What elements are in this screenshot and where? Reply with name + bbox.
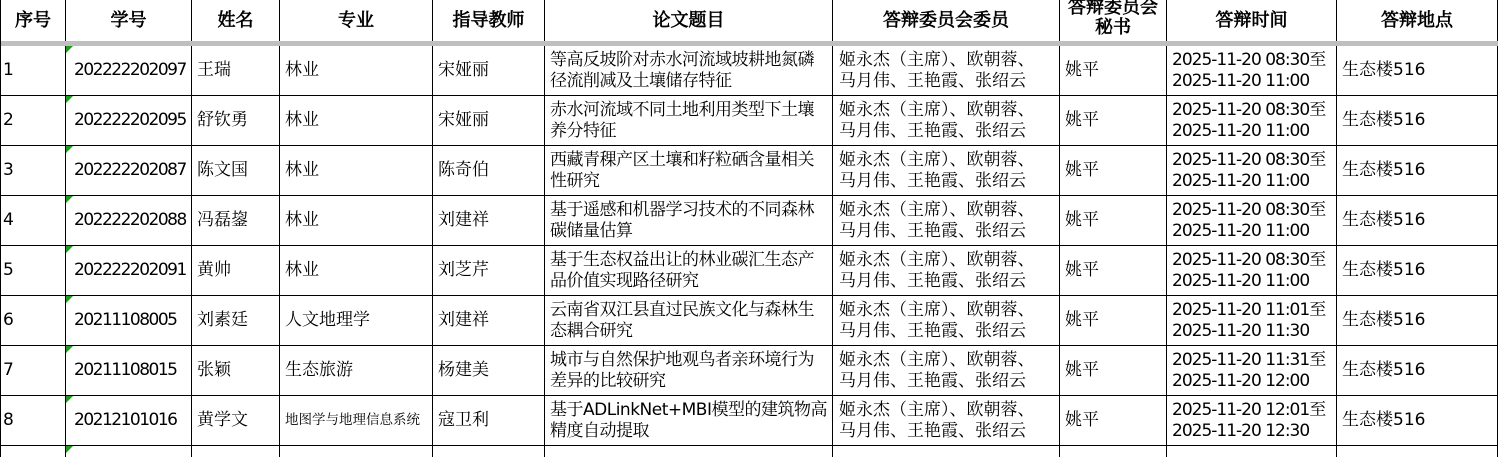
- cell-no-text: 3: [3, 160, 14, 181]
- cell-committee-text: 姬永杰（主席）、欧朝蓉、马月伟、王艳霞、张绍云: [839, 50, 1049, 92]
- cell-defense-location[interactable]: 生态楼516: [1337, 46, 1498, 96]
- text-format-indicator-icon: [66, 296, 73, 303]
- cell-major-text: 林业: [285, 110, 319, 131]
- table-row: 2202222202095舒钦勇林业宋娅丽赤水河流域不同土地利用类型下土壤养分特…: [1, 96, 1498, 146]
- defense-time-line: 2025-11-20 11:00: [1172, 171, 1325, 192]
- cell-major-text: 林业: [285, 210, 319, 231]
- cell-student-id[interactable]: 202222202087: [66, 146, 192, 196]
- cell-secretary-text: 姚平: [1065, 110, 1099, 131]
- cell-thesis-title-text: 等高反坡阶对赤水河流域坡耕地氮磷径流削减及土壤储存特征: [550, 50, 828, 92]
- cell-no[interactable]: 5: [1, 246, 66, 296]
- text-format-indicator-icon: [66, 196, 73, 203]
- cell-defense-time[interactable]: 2025-11-20 11:01至2025-11-20 11:30: [1167, 296, 1337, 346]
- cell-no[interactable]: 3: [1, 146, 66, 196]
- cell-student-id[interactable]: 20211108015: [66, 346, 192, 396]
- cell-thesis-title[interactable]: 赤水河流域不同土地利用类型下土壤养分特征: [545, 96, 833, 146]
- cell-major[interactable]: 人文地理学: [280, 296, 433, 346]
- cell-committee-text: 姬永杰（主席）、欧朝蓉、马月伟、王艳霞、张绍云: [839, 200, 1049, 242]
- cell-no-text: 2: [3, 110, 14, 131]
- cell-name[interactable]: 张颖: [192, 346, 280, 396]
- defense-time-line: 2025-11-20 08:30至: [1172, 100, 1325, 121]
- cell-committee-text: 姬永杰（主席）、欧朝蓉、马月伟、王艳霞、张绍云: [839, 400, 1049, 442]
- cell-no[interactable]: 6: [1, 296, 66, 346]
- cell-secretary-text: 姚平: [1065, 260, 1099, 281]
- text-format-indicator-icon: [66, 146, 73, 153]
- cell-defense-location[interactable]: 生态楼516: [1337, 96, 1498, 146]
- cell-major[interactable]: 地图学与地理信息系统: [280, 396, 433, 446]
- table-row: 620211108005刘素廷人文地理学刘建祥云南省双江县直过民族文化与森林生态…: [1, 296, 1498, 346]
- cell-defense-location[interactable]: 生态楼516: [1337, 146, 1498, 196]
- cell-no[interactable]: 7: [1, 346, 66, 396]
- cell-name[interactable]: 冯磊鋆: [192, 196, 280, 246]
- cell-student-id[interactable]: [66, 446, 192, 457]
- cell-student-id[interactable]: 202222202095: [66, 96, 192, 146]
- cell-name[interactable]: 舒钦勇: [192, 96, 280, 146]
- partial-table-row: [1, 446, 1498, 457]
- cell-name-text: 陈文国: [197, 160, 248, 181]
- cell-major[interactable]: 林业: [280, 246, 433, 296]
- cell-defense-location[interactable]: 生态楼516: [1337, 196, 1498, 246]
- defense-time-line: 2025-11-20 12:30: [1172, 421, 1325, 442]
- cell-secretary-text: 姚平: [1065, 410, 1099, 431]
- cell-advisor[interactable]: 宋娅丽: [433, 96, 545, 146]
- cell-name-text: 黄学文: [197, 410, 248, 431]
- cell-major-text: 林业: [285, 260, 319, 281]
- cell-no[interactable]: 1: [1, 46, 66, 96]
- cell-major[interactable]: 林业: [280, 46, 433, 96]
- header-secretary[interactable]: 答辩委员会秘书: [1060, 0, 1167, 41]
- header-committee[interactable]: 答辩委员会委员: [833, 0, 1060, 41]
- cell-committee[interactable]: 姬永杰（主席）、欧朝蓉、马月伟、王艳霞、张绍云: [833, 96, 1060, 146]
- cell-defense-location-text: 生态楼516: [1342, 160, 1425, 181]
- defense-time-line: 2025-11-20 11:00: [1172, 271, 1325, 292]
- cell-major-text: 林业: [285, 160, 319, 181]
- header-row: 序号 学号 姓名 专业 指导教师 论文题目 答辩委员会委员 答辩委员会秘书 答辩…: [1, 0, 1498, 41]
- cell-defense-time[interactable]: 2025-11-20 12:01至2025-11-20 12:30: [1167, 396, 1337, 446]
- text-format-indicator-icon: [66, 96, 73, 103]
- cell-no-text: 6: [3, 310, 14, 331]
- cell-major-text: 林业: [285, 60, 319, 81]
- defense-time-line: 2025-11-20 08:30至: [1172, 200, 1325, 221]
- spreadsheet-table: 序号 学号 姓名 专业 指导教师 论文题目 答辩委员会委员 答辩委员会秘书 答辩…: [0, 0, 1498, 457]
- text-format-indicator-icon: [66, 346, 73, 353]
- cell-thesis-title[interactable]: 等高反坡阶对赤水河流域坡耕地氮磷径流削减及土壤储存特征: [545, 46, 833, 96]
- cell-major-text: 人文地理学: [285, 310, 370, 331]
- header-defense-time[interactable]: 答辩时间: [1167, 0, 1337, 41]
- cell-student-id[interactable]: 202222202091: [66, 246, 192, 296]
- cell-secretary-text: 姚平: [1065, 60, 1099, 81]
- defense-time-line: 2025-11-20 12:01至: [1172, 400, 1325, 421]
- cell-student-id[interactable]: 20211108005: [66, 296, 192, 346]
- cell-thesis-title-text: 基于遥感和机器学习技术的不同森林碳储量估算: [550, 200, 828, 242]
- cell-secretary[interactable]: 姚平: [1060, 46, 1167, 96]
- defense-time-line: 2025-11-20 11:30: [1172, 321, 1325, 342]
- cell-committee[interactable]: 姬永杰（主席）、欧朝蓉、马月伟、王艳霞、张绍云: [833, 396, 1060, 446]
- cell-committee[interactable]: 姬永杰（主席）、欧朝蓉、马月伟、王艳霞、张绍云: [833, 346, 1060, 396]
- cell-defense-time[interactable]: 2025-11-20 08:30至2025-11-20 11:00: [1167, 96, 1337, 146]
- cell-student-id[interactable]: 202222202088: [66, 196, 192, 246]
- cell-name[interactable]: [192, 446, 280, 457]
- cell-student-id-text: 202222202091: [74, 260, 186, 281]
- cell-thesis-title[interactable]: 基于生态权益出让的林业碳汇生态产品价值实现路径研究: [545, 246, 833, 296]
- cell-name[interactable]: 陈文国: [192, 146, 280, 196]
- cell-secretary[interactable]: 姚平: [1060, 346, 1167, 396]
- cell-advisor-text: 刘建祥: [438, 310, 489, 331]
- cell-thesis-title-text: 城市与自然保护地观鸟者亲环境行为差异的比较研究: [550, 350, 828, 392]
- defense-time-line: 2025-11-20 08:30至: [1172, 150, 1325, 171]
- cell-student-id-text: 20211108005: [74, 310, 176, 331]
- text-format-indicator-icon: [66, 396, 73, 403]
- table-body: 1202222202097王瑞林业宋娅丽等高反坡阶对赤水河流域坡耕地氮磷径流削减…: [1, 46, 1498, 457]
- cell-no[interactable]: [1, 446, 66, 457]
- cell-secretary-text: 姚平: [1065, 160, 1099, 181]
- cell-secretary[interactable]: 姚平: [1060, 396, 1167, 446]
- cell-thesis-title[interactable]: 云南省双江县直过民族文化与森林生态耦合研究: [545, 296, 833, 346]
- header-student-id-label: 学号: [111, 11, 147, 31]
- header-name-label: 姓名: [218, 11, 254, 31]
- text-format-indicator-icon: [66, 446, 73, 453]
- defense-time-line: 2025-11-20 11:00: [1172, 121, 1325, 142]
- cell-secretary[interactable]: 姚平: [1060, 246, 1167, 296]
- cell-name-text: 黄帅: [197, 260, 231, 281]
- cell-secretary-text: 姚平: [1065, 310, 1099, 331]
- cell-student-id-text: 202222202087: [74, 160, 186, 181]
- cell-secretary-text: 姚平: [1065, 360, 1099, 381]
- cell-name-text: 刘素廷: [197, 310, 248, 331]
- cell-committee-text: 姬永杰（主席）、欧朝蓉、马月伟、王艳霞、张绍云: [839, 350, 1049, 392]
- cell-defense-location-text: 生态楼516: [1342, 210, 1425, 231]
- cell-defense-location-text: 生态楼516: [1342, 410, 1425, 431]
- table-row: 3202222202087陈文国林业陈奇伯西藏青稞产区土壤和籽粒硒含量相关性研究…: [1, 146, 1498, 196]
- cell-advisor[interactable]: 宋娅丽: [433, 46, 545, 96]
- table-row: 820212101016黄学文地图学与地理信息系统寇卫利基于ADLinkNet+…: [1, 396, 1498, 446]
- defense-time-line: 2025-11-20 08:30至: [1172, 50, 1325, 71]
- cell-student-id-text: 20211108015: [74, 360, 176, 381]
- cell-no[interactable]: 8: [1, 396, 66, 446]
- cell-major[interactable]: 林业: [280, 146, 433, 196]
- header-thesis-title[interactable]: 论文题目: [545, 0, 833, 41]
- cell-secretary[interactable]: 姚平: [1060, 146, 1167, 196]
- cell-defense-time[interactable]: 2025-11-20 08:30至2025-11-20 11:00: [1167, 46, 1337, 96]
- cell-secretary[interactable]: 姚平: [1060, 296, 1167, 346]
- cell-major-text: 生态旅游: [285, 360, 353, 381]
- cell-major[interactable]: 林业: [280, 196, 433, 246]
- cell-name[interactable]: 黄学文: [192, 396, 280, 446]
- cell-defense-location-text: 生态楼516: [1342, 60, 1425, 81]
- cell-no-text: 5: [3, 260, 14, 281]
- cell-student-id-text: 202222202097: [74, 60, 186, 81]
- cell-thesis-title[interactable]: 西藏青稞产区土壤和籽粒硒含量相关性研究: [545, 146, 833, 196]
- cell-advisor[interactable]: 杨建美: [433, 346, 545, 396]
- cell-thesis-title[interactable]: 城市与自然保护地观鸟者亲环境行为差异的比较研究: [545, 346, 833, 396]
- defense-time-line: 2025-11-20 12:00: [1172, 371, 1325, 392]
- defense-time-line: 2025-11-20 11:01至: [1172, 300, 1325, 321]
- cell-defense-time[interactable]: 2025-11-20 08:30至2025-11-20 11:00: [1167, 196, 1337, 246]
- cell-advisor-text: 刘芝芹: [438, 260, 489, 281]
- cell-defense-time[interactable]: 2025-11-20 08:30至2025-11-20 11:00: [1167, 246, 1337, 296]
- table-row: 5202222202091黄帅林业刘芝芹基于生态权益出让的林业碳汇生态产品价值实…: [1, 246, 1498, 296]
- cell-secretary-text: 姚平: [1065, 210, 1099, 231]
- header-major[interactable]: 专业: [280, 0, 433, 41]
- header-defense-location[interactable]: 答辩地点: [1337, 0, 1498, 41]
- cell-advisor-text: 宋娅丽: [438, 60, 489, 81]
- table-row: 4202222202088冯磊鋆林业刘建祥基于遥感和机器学习技术的不同森林碳储量…: [1, 196, 1498, 246]
- cell-advisor-text: 杨建美: [438, 360, 489, 381]
- header-student-id[interactable]: 学号: [66, 0, 192, 41]
- cell-secretary[interactable]: 姚平: [1060, 196, 1167, 246]
- cell-defense-location[interactable]: [1337, 446, 1498, 457]
- cell-thesis-title-text: 赤水河流域不同土地利用类型下土壤养分特征: [550, 100, 828, 142]
- cell-committee[interactable]: 姬永杰（主席）、欧朝蓉、马月伟、王艳霞、张绍云: [833, 296, 1060, 346]
- header-advisor-label: 指导教师: [453, 11, 525, 31]
- cell-no-text: 4: [3, 210, 14, 231]
- cell-advisor[interactable]: 刘建祥: [433, 196, 545, 246]
- cell-secretary[interactable]: 姚平: [1060, 96, 1167, 146]
- cell-committee[interactable]: 姬永杰（主席）、欧朝蓉、马月伟、王艳霞、张绍云: [833, 146, 1060, 196]
- defense-time-line: 2025-11-20 11:00: [1172, 221, 1325, 242]
- cell-committee[interactable]: [833, 446, 1060, 457]
- cell-no-text: 1: [3, 60, 14, 81]
- cell-name[interactable]: 王瑞: [192, 46, 280, 96]
- cell-name[interactable]: 刘素廷: [192, 296, 280, 346]
- cell-committee-text: 姬永杰（主席）、欧朝蓉、马月伟、王艳霞、张绍云: [839, 100, 1049, 142]
- cell-thesis-title-text: 云南省双江县直过民族文化与森林生态耦合研究: [550, 300, 828, 342]
- cell-defense-time[interactable]: 2025-11-20 11:31至2025-11-20 12:00: [1167, 346, 1337, 396]
- cell-student-id-text: 20212101016: [74, 410, 176, 431]
- cell-committee-text: 姬永杰（主席）、欧朝蓉、马月伟、王艳霞、张绍云: [839, 300, 1049, 342]
- cell-thesis-title[interactable]: 基于ADLinkNet+MBI模型的建筑物高精度自动提取: [545, 396, 833, 446]
- text-format-indicator-icon: [66, 46, 73, 53]
- cell-defense-location-text: 生态楼516: [1342, 260, 1425, 281]
- cell-advisor[interactable]: 刘芝芹: [433, 246, 545, 296]
- defense-time-line: 2025-11-20 11:00: [1172, 71, 1325, 92]
- cell-committee[interactable]: 姬永杰（主席）、欧朝蓉、马月伟、王艳霞、张绍云: [833, 196, 1060, 246]
- cell-thesis-title[interactable]: 基于遥感和机器学习技术的不同森林碳储量估算: [545, 196, 833, 246]
- cell-name-text: 舒钦勇: [197, 110, 248, 131]
- header-major-label: 专业: [338, 11, 374, 31]
- cell-no-text: 7: [3, 360, 14, 381]
- cell-student-id-text: 202222202088: [74, 210, 186, 231]
- cell-major[interactable]: 生态旅游: [280, 346, 433, 396]
- cell-name-text: 张颖: [197, 360, 231, 381]
- cell-student-id[interactable]: 202222202097: [66, 46, 192, 96]
- header-defense-location-label: 答辩地点: [1381, 11, 1453, 31]
- header-advisor[interactable]: 指导教师: [433, 0, 545, 41]
- cell-defense-location[interactable]: 生态楼516: [1337, 346, 1498, 396]
- text-format-indicator-icon: [66, 246, 73, 253]
- cell-student-id[interactable]: 20212101016: [66, 396, 192, 446]
- cell-secretary[interactable]: [1060, 446, 1167, 457]
- cell-defense-location-text: 生态楼516: [1342, 310, 1425, 331]
- cell-defense-location[interactable]: 生态楼516: [1337, 246, 1498, 296]
- cell-advisor[interactable]: 刘建祥: [433, 296, 545, 346]
- cell-name-text: 王瑞: [197, 60, 231, 81]
- cell-committee-text: 姬永杰（主席）、欧朝蓉、马月伟、王艳霞、张绍云: [839, 150, 1049, 192]
- cell-committee-text: 姬永杰（主席）、欧朝蓉、马月伟、王艳霞、张绍云: [839, 250, 1049, 292]
- cell-name[interactable]: 黄帅: [192, 246, 280, 296]
- cell-defense-location[interactable]: 生态楼516: [1337, 296, 1498, 346]
- cell-thesis-title-text: 西藏青稞产区土壤和籽粒硒含量相关性研究: [550, 150, 828, 192]
- cell-major-text: 地图学与地理信息系统: [285, 410, 420, 431]
- cell-defense-time[interactable]: 2025-11-20 08:30至2025-11-20 11:00: [1167, 146, 1337, 196]
- header-committee-label: 答辩委员会委员: [883, 11, 1009, 31]
- header-secretary-label: 答辩委员会秘书: [1060, 0, 1166, 38]
- header-no[interactable]: 序号: [1, 0, 66, 41]
- cell-advisor[interactable]: 寇卫利: [433, 396, 545, 446]
- cell-advisor[interactable]: 陈奇伯: [433, 146, 545, 196]
- cell-defense-time[interactable]: [1167, 446, 1337, 457]
- cell-defense-location[interactable]: 生态楼516: [1337, 396, 1498, 446]
- cell-thesis-title[interactable]: [545, 446, 833, 457]
- cell-advisor-text: 宋娅丽: [438, 110, 489, 131]
- cell-no-text: 8: [3, 410, 14, 431]
- cell-advisor[interactable]: [433, 446, 545, 457]
- table-row: 1202222202097王瑞林业宋娅丽等高反坡阶对赤水河流域坡耕地氮磷径流削减…: [1, 46, 1498, 96]
- cell-advisor-text: 寇卫利: [438, 410, 489, 431]
- cell-defense-location-text: 生态楼516: [1342, 110, 1425, 131]
- cell-no[interactable]: 2: [1, 96, 66, 146]
- cell-major[interactable]: [280, 446, 433, 457]
- cell-name-text: 冯磊鋆: [197, 210, 248, 231]
- header-name[interactable]: 姓名: [192, 0, 280, 41]
- cell-no[interactable]: 4: [1, 196, 66, 246]
- cell-advisor-text: 刘建祥: [438, 210, 489, 231]
- table-row: 720211108015张颖生态旅游杨建美城市与自然保护地观鸟者亲环境行为差异的…: [1, 346, 1498, 396]
- header-no-label: 序号: [15, 11, 51, 31]
- cell-defense-location-text: 生态楼516: [1342, 360, 1425, 381]
- header-thesis-title-label: 论文题目: [653, 11, 725, 31]
- header-defense-time-label: 答辩时间: [1216, 11, 1288, 31]
- cell-advisor-text: 陈奇伯: [438, 160, 489, 181]
- defense-time-line: 2025-11-20 11:31至: [1172, 350, 1325, 371]
- defense-time-line: 2025-11-20 08:30至: [1172, 250, 1325, 271]
- cell-committee[interactable]: 姬永杰（主席）、欧朝蓉、马月伟、王艳霞、张绍云: [833, 46, 1060, 96]
- cell-student-id-text: 202222202095: [74, 110, 186, 131]
- cell-major[interactable]: 林业: [280, 96, 433, 146]
- cell-thesis-title-text: 基于生态权益出让的林业碳汇生态产品价值实现路径研究: [550, 250, 828, 292]
- cell-thesis-title-text: 基于ADLinkNet+MBI模型的建筑物高精度自动提取: [550, 400, 828, 442]
- cell-committee[interactable]: 姬永杰（主席）、欧朝蓉、马月伟、王艳霞、张绍云: [833, 246, 1060, 296]
